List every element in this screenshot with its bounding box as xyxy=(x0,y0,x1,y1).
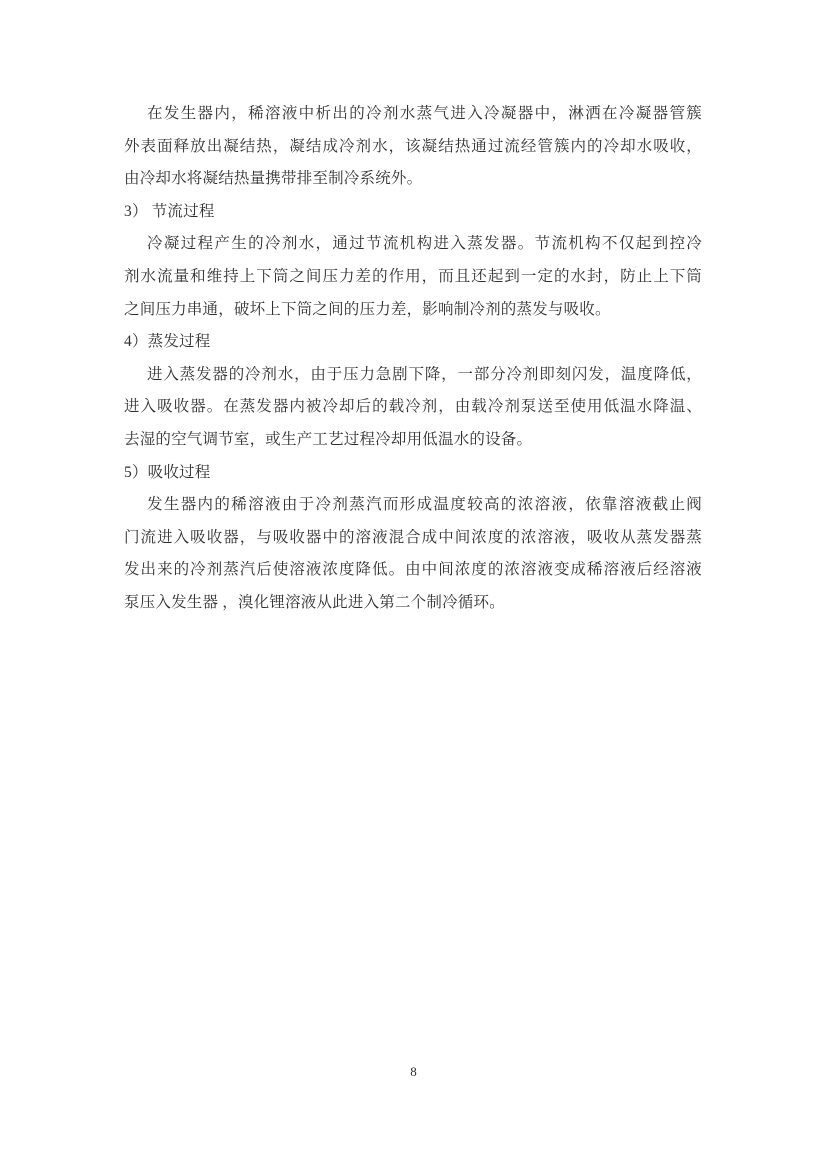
paragraph-throttling: 冷凝过程产生的冷剂水，通过节流机构进入蒸发器。节流机构不仅起到控冷 剂水流量和维… xyxy=(124,228,702,326)
document-body: 在发生器内，稀溶液中析出的冷剂水蒸气进入冷凝器中，淋洒在冷凝器管簇 外表面释放出… xyxy=(124,98,702,620)
document-page: 在发生器内，稀溶液中析出的冷剂水蒸气进入冷凝器中，淋洒在冷凝器管簇 外表面释放出… xyxy=(0,0,827,1169)
text-line: 发出来的冷剂蒸汽后使溶液浓度降低。由中间浓度的浓溶液变成稀溶液后经溶液 xyxy=(124,554,702,587)
text-line: 门流进入吸收器，与吸收器中的溶液混合成中间浓度的浓溶液，吸收从蒸发器蒸 xyxy=(124,522,702,555)
paragraph-condensation: 在发生器内，稀溶液中析出的冷剂水蒸气进入冷凝器中，淋洒在冷凝器管簇 外表面释放出… xyxy=(124,98,702,196)
text-line: 之间压力串通，破坏上下筒之间的压力差，影响制冷剂的蒸发与吸收。 xyxy=(124,294,702,327)
page-footer: 8 xyxy=(0,1063,827,1081)
text-line: 外表面释放出凝结热，凝结成冷剂水，该凝结热通过流经管簇内的冷却水吸收， xyxy=(124,131,702,164)
paragraph-evaporation: 进入蒸发器的冷剂水，由于压力急剧下降，一部分冷剂即刻闪发，温度降低， 进入吸收器… xyxy=(124,359,702,457)
text-line: 由冷却水将凝结热量携带排至制冷系统外。 xyxy=(124,163,702,196)
text-line: 泵压入发生器 ，溴化锂溶液从此进入第二个制冷循环。 xyxy=(124,587,702,620)
text-line: 发生器内的稀溶液由于冷剂蒸汽而形成温度较高的浓溶液，依靠溶液截止阀 xyxy=(124,489,702,522)
heading-evaporation-process: 4）蒸发过程 xyxy=(124,326,702,359)
paragraph-absorption: 发生器内的稀溶液由于冷剂蒸汽而形成温度较高的浓溶液，依靠溶液截止阀 门流进入吸收… xyxy=(124,489,702,619)
text-line: 在发生器内，稀溶液中析出的冷剂水蒸气进入冷凝器中，淋洒在冷凝器管簇 xyxy=(124,98,702,131)
text-line: 进入蒸发器的冷剂水，由于压力急剧下降，一部分冷剂即刻闪发，温度降低， xyxy=(124,359,702,392)
page-number: 8 xyxy=(410,1064,417,1079)
text-line: 剂水流量和维持上下筒之间压力差的作用，而且还起到一定的水封，防止上下筒 xyxy=(124,261,702,294)
text-line: 冷凝过程产生的冷剂水，通过节流机构进入蒸发器。节流机构不仅起到控冷 xyxy=(124,228,702,261)
text-line: 去湿的空气调节室，或生产工艺过程冷却用低温水的设备。 xyxy=(124,424,702,457)
text-line: 进入吸收器。在蒸发器内被冷却后的载冷剂，由载冷剂泵送至使用低温水降温、 xyxy=(124,391,702,424)
heading-throttling-process: 3） 节流过程 xyxy=(124,196,702,229)
heading-absorption-process: 5）吸收过程 xyxy=(124,457,702,490)
